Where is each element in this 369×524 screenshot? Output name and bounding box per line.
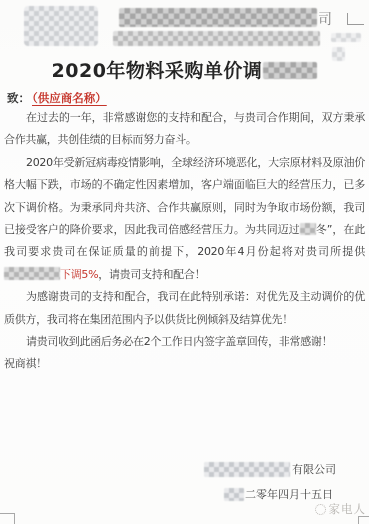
paragraph-2: 2020年受新冠病毒疫情影响，全球经济环境恶化，大宗原材料及原油价格大幅下跌，市… (4, 152, 365, 286)
title-text: 2020年物料采购单价调 (52, 60, 263, 82)
photo-corner-bottom-right-icon (358, 516, 369, 524)
document-page: 司 2020年物料采购单价调 致：（供应商名称） 在过去的一年，非常感谢您的支持… (0, 0, 369, 524)
redacted-title-suffix (263, 62, 317, 79)
paragraph-4: 请贵司收到此函后务必在2个工作日内签字盖章回传，非常感谢！ (4, 331, 365, 353)
paragraph-4-text: 请贵司收到此函后务必在2个工作日内签字盖章回传，非常感谢！ (26, 335, 332, 348)
document-title: 2020年物料采购单价调 (0, 56, 369, 83)
watermark-text: 家电人 (329, 501, 367, 517)
paragraph-1-text: 在过去的一年，非常感谢您的支持和配合，与贵司合作期间，双方秉承合作共赢，共创佳绩… (4, 111, 365, 146)
paragraph-3-text: 为感谢贵司的支持和配合，我司在此特别承诺：对优先及主动调价的优质供方，我司将在集… (4, 290, 365, 325)
photo-corner-bottom-left-icon (0, 513, 15, 524)
redacted-company-line (119, 8, 317, 27)
closing-phrase: 祝商祺！ (4, 353, 365, 375)
redacted-word (300, 223, 316, 235)
price-cut-highlight: 下调5% (60, 268, 98, 281)
signature-company-suffix: 有限公司 (292, 461, 336, 477)
letter-body: 在过去的一年，非常感谢您的支持和配合，与贵司合作期间，双方秉承合作共赢，共创佳绩… (4, 107, 365, 376)
paragraph-2-text-c: ，请贵司支持和配合！ (98, 268, 205, 281)
signature-date: 二零年四月十五日 (224, 486, 333, 502)
signature-company: 有限公司 (204, 461, 336, 477)
redacted-logo (24, 6, 98, 46)
closing-text: 祝商祺！ (4, 357, 47, 370)
redacted-scope (4, 267, 60, 280)
signature-date-text: 二零年四月十五日 (245, 486, 333, 502)
paragraph-1: 在过去的一年，非常感谢您的支持和配合，与贵司合作期间，双方秉承合作共赢，共创佳绩… (4, 107, 365, 152)
paragraph-3: 为感谢贵司的支持和配合，我司在此特别承诺：对优先及主动调价的优质供方，我司将在集… (4, 286, 365, 331)
salutation: 致：（供应商名称） (7, 90, 107, 106)
letterhead-artifact (331, 33, 361, 42)
salutation-prefix: 致： (7, 91, 30, 105)
letterhead-trailing-char: 司 (318, 9, 332, 29)
supplier-name-placeholder: （供应商名称） (32, 91, 107, 105)
watermark-logo-icon (315, 504, 326, 515)
watermark: 家电人 (315, 501, 367, 517)
redacted-company-name (204, 462, 290, 477)
redacted-date-part (224, 488, 244, 501)
redacted-subline (113, 31, 320, 46)
photo-corner-top-right-icon (347, 13, 364, 25)
